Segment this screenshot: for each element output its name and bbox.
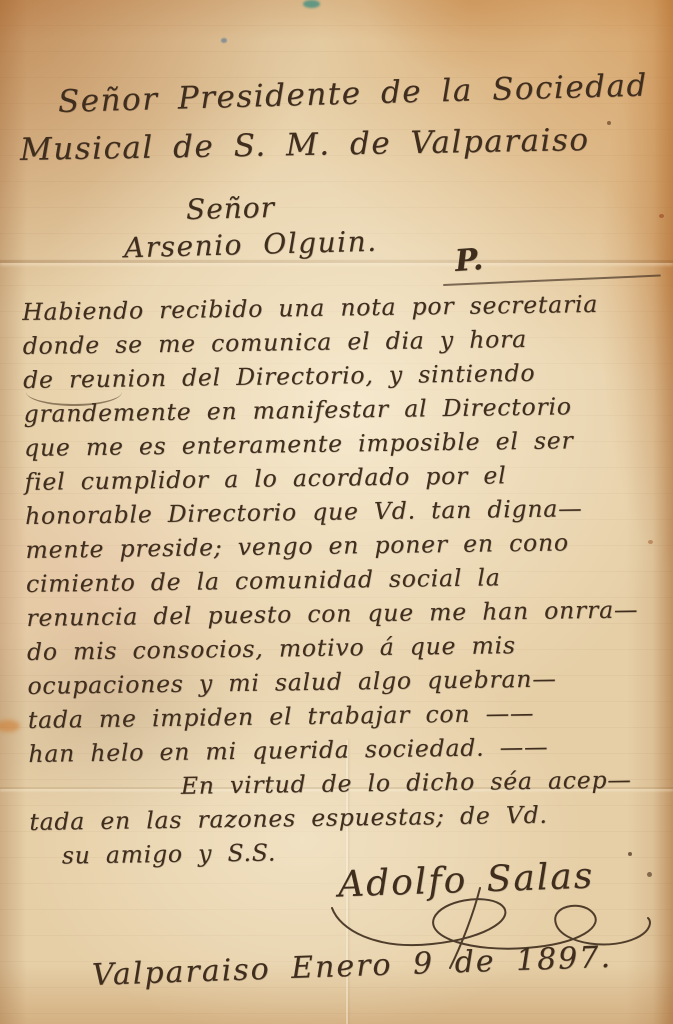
presente-mark: P.	[454, 242, 484, 279]
fold-crease-top	[0, 260, 673, 263]
paper-speck	[648, 540, 653, 544]
blue-speck	[221, 38, 227, 43]
letter-body: Habiendo recibido una nota por secretari…	[22, 286, 642, 872]
heading-line-2: Musical de S. M. de Valparaiso	[20, 122, 590, 168]
heading-line-1: Señor Presidente de la Sociedad	[57, 68, 648, 120]
teal-ink-stain	[303, 0, 320, 8]
paper-speck	[659, 214, 664, 218]
salutation-name: Arsenio Olguin.	[124, 225, 378, 265]
orange-smudge	[0, 720, 20, 732]
paper-speck	[607, 121, 611, 125]
salutation-title: Señor	[186, 191, 276, 226]
letter-page: Señor Presidente de la Sociedad Musical …	[0, 0, 673, 1024]
paper-speck	[647, 872, 652, 877]
